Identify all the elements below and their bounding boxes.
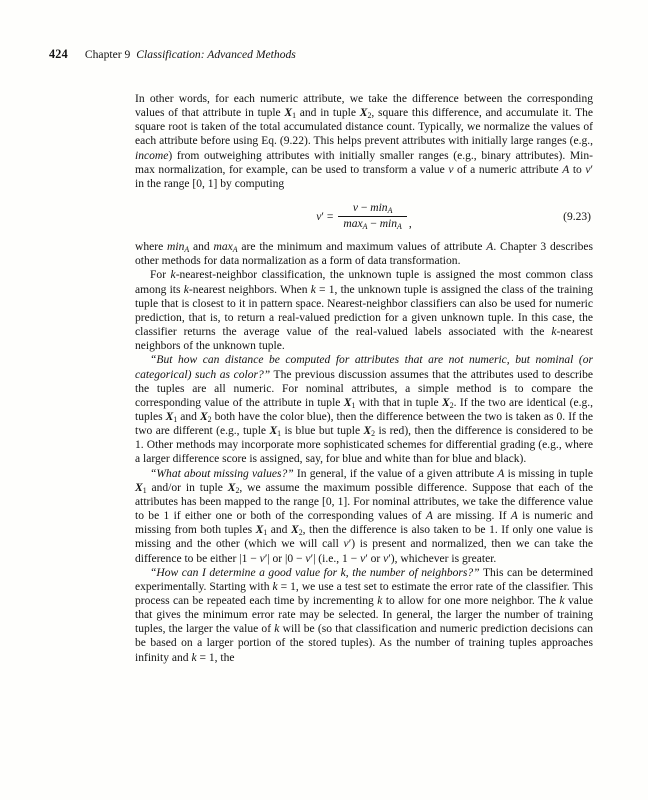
paragraph-nominal-attributes: “But how can distance be computed for at… — [135, 353, 593, 466]
equation-denominator: maxA − minA — [338, 217, 406, 231]
equation-expression: v′ = v − minA maxA − minA , — [316, 202, 411, 231]
paragraph-missing-values: “What about missing values?” In general,… — [135, 467, 593, 566]
paragraph-where: where minA and maxA are the minimum and … — [135, 240, 593, 268]
equation-lhs: v′ = — [316, 210, 333, 224]
equation-number: (9.23) — [563, 210, 591, 224]
equation-trailing-comma: , — [409, 217, 412, 231]
chapter-title: Classification: Advanced Methods — [136, 48, 296, 61]
running-head: 424Chapter 9Classification: Advanced Met… — [49, 47, 592, 62]
book-page: 424Chapter 9Classification: Advanced Met… — [0, 0, 648, 800]
paragraph-intro: In other words, for each numeric attribu… — [135, 92, 593, 191]
equation-9-23: v′ = v − minA maxA − minA , (9.23) — [135, 202, 593, 231]
paragraph-choosing-k: “How can I determine a good value for k,… — [135, 566, 593, 665]
chapter-label: Chapter 9 — [85, 48, 130, 61]
equation-fraction: v − minA maxA − minA — [338, 202, 406, 231]
page-number: 424 — [49, 47, 68, 61]
paragraph-knn: For k-nearest-neighbor classification, t… — [135, 268, 593, 353]
text-column: In other words, for each numeric attribu… — [135, 92, 593, 665]
equation-numerator: v − minA — [338, 202, 406, 217]
